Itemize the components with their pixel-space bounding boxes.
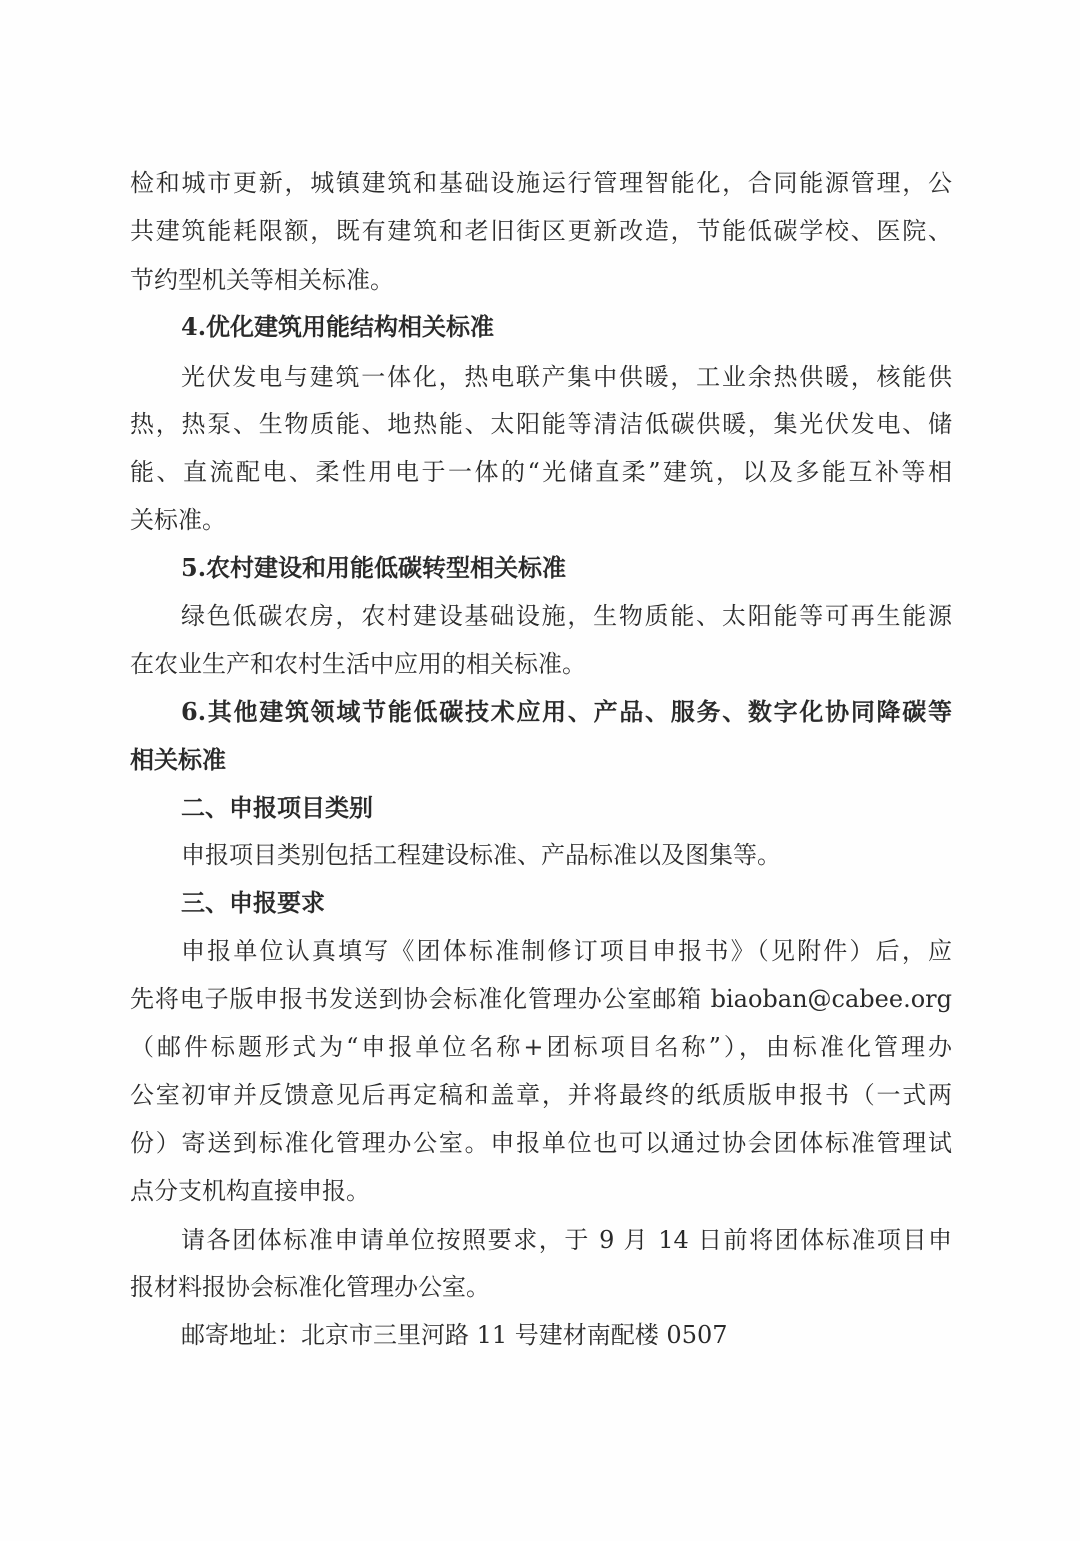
subheading-4: 4.优化建筑用能结构相关标准 — [181, 310, 952, 344]
body-text-line: 检和城市更新，城镇建筑和基础设施运行管理智能化，合同能源管理，公 — [130, 166, 952, 200]
body-text-line: 份）寄送到标准化管理办公室。申报单位也可以通过协会团体标准管理试 — [130, 1126, 952, 1160]
body-text-line: 共建筑能耗限额，既有建筑和老旧街区更新改造，节能低碳学校、医院、 — [130, 214, 952, 248]
body-text-line: 申报单位认真填写《团体标准制修订项目申报书》（见附件）后，应 — [181, 934, 952, 968]
body-text-line: 热，热泵、生物质能、地热能、太阳能等清洁低碳供暖，集光伏发电、储 — [130, 407, 952, 441]
subheading-5: 5.农村建设和用能低碳转型相关标准 — [181, 551, 952, 585]
section-heading-2: 二、申报项目类别 — [181, 791, 952, 825]
mailing-address: 邮寄地址：北京市三里河路 11 号建材南配楼 0507 — [181, 1318, 952, 1352]
subheading-6: 6.其他建筑领域节能低碳技术应用、产品、服务、数字化协同降碳等 — [181, 695, 952, 729]
body-text-line: 能、直流配电、柔性用电于一体的“光储直柔”建筑，以及多能互补等相 — [130, 455, 952, 489]
body-text-line: 在农业生产和农村生活中应用的相关标准。 — [130, 647, 952, 681]
body-text-line: 绿色低碳农房，农村建设基础设施，生物质能、太阳能等可再生能源 — [181, 599, 952, 633]
body-text-line: 关标准。 — [130, 503, 952, 537]
body-text-line-email: 先将电子版申报书发送到协会标准化管理办公室邮箱 biaoban@cabee.or… — [130, 982, 952, 1016]
body-text-line: 点分支机构直接申报。 — [130, 1174, 952, 1208]
deadline-text-line: 请各团体标准申请单位按照要求，于 9 月 14 日前将团体标准项目申 — [181, 1223, 952, 1257]
section-heading-3: 三、申报要求 — [181, 886, 952, 920]
body-text-line: 公室初审并反馈意见后再定稿和盖章，并将最终的纸质版申报书（一式两 — [130, 1078, 952, 1112]
body-text-line: （邮件标题形式为“申报单位名称+团标项目名称”），由标准化管理办 — [130, 1030, 952, 1064]
document-page: 检和城市更新，城镇建筑和基础设施运行管理智能化，合同能源管理，公 共建筑能耗限额… — [0, 0, 1080, 1541]
body-text-line: 光伏发电与建筑一体化，热电联产集中供暖，工业余热供暖，核能供 — [181, 360, 952, 394]
body-text-line: 报材料报协会标准化管理办公室。 — [130, 1270, 952, 1304]
body-text-line: 申报项目类别包括工程建设标准、产品标准以及图集等。 — [181, 838, 952, 872]
body-text-line: 节约型机关等相关标准。 — [130, 263, 952, 297]
subheading-6-continuation: 相关标准 — [130, 743, 952, 777]
